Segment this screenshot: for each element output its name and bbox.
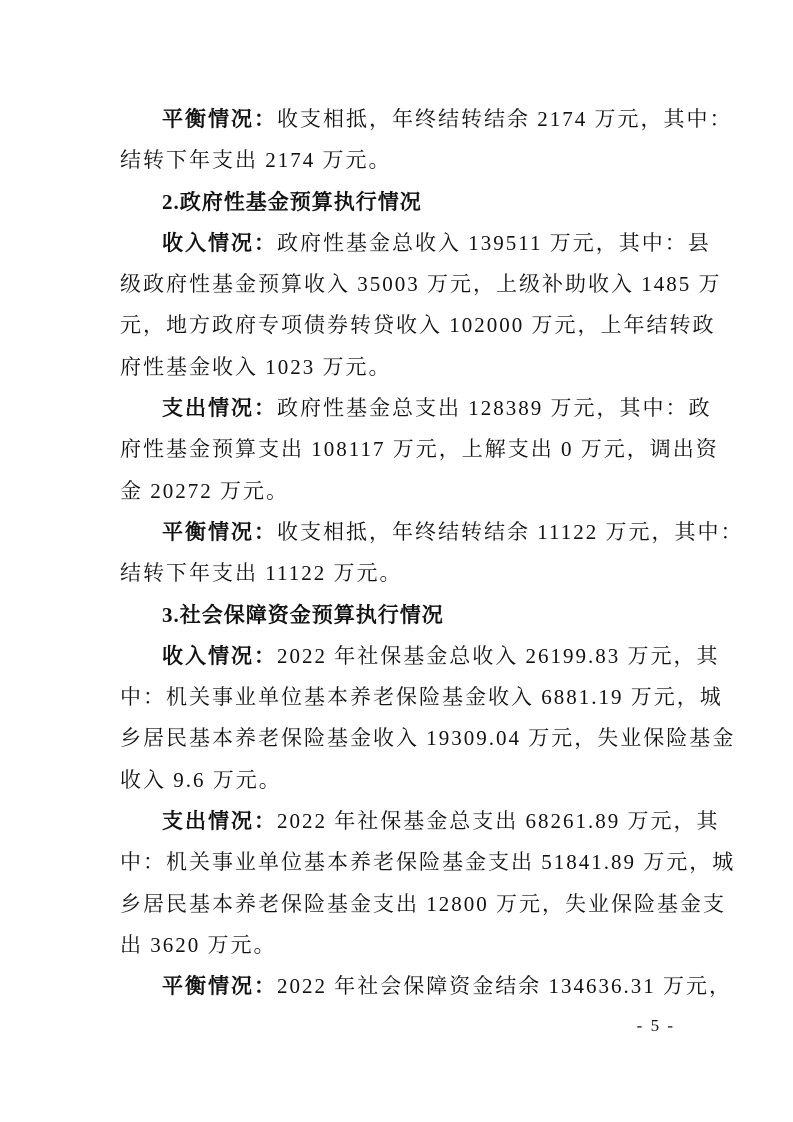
- line-text: 2022 年社会保障资金结余 134636.31 万元，: [277, 974, 732, 998]
- section-heading: 3.社会保障资金预算执行情况: [120, 595, 680, 636]
- line-text: 府性基金预算支出 108117 万元，上解支出 0 万元，调出资: [120, 437, 719, 461]
- line-text: 中：机关事业单位基本养老保险基金收入 6881.19 万元，城: [120, 685, 723, 709]
- section-heading: 2.政府性基金预算执行情况: [120, 182, 680, 223]
- text-line: 出 3620 万元。: [120, 925, 680, 966]
- page-number: - 5 -: [637, 1016, 675, 1036]
- document-page: 平衡情况：收支相抵，年终结转结余 2174 万元，其中： 结转下年支出 2174…: [0, 0, 793, 1122]
- line-text: 级政府性基金预算收入 35003 万元，上级补助收入 1485 万: [120, 272, 722, 296]
- line-text: 乡居民基本养老保险基金收入 19309.04 万元，失业保险基金: [120, 726, 735, 750]
- text-line: 中：机关事业单位基本养老保险基金支出 51841.89 万元，城: [120, 842, 680, 883]
- text-line: 府性基金预算支出 108117 万元，上解支出 0 万元，调出资: [120, 429, 680, 470]
- line-text: 金 20272 万元。: [120, 479, 289, 503]
- text-line: 支出情况：2022 年社保基金总支出 68261.89 万元，其: [120, 801, 680, 842]
- text-line: 金 20272 万元。: [120, 471, 680, 512]
- lead-label: 收入情况：: [162, 231, 277, 255]
- line-text: 乡居民基本养老保险基金支出 12800 万元，失业保险基金支: [120, 892, 726, 916]
- line-text: 府性基金收入 1023 万元。: [120, 355, 392, 379]
- line-text: 收支相抵，年终结转结余 11122 万元，其中：: [277, 520, 743, 544]
- lead-label: 平衡情况：: [162, 520, 277, 544]
- line-text: 收入 9.6 万元。: [120, 768, 282, 792]
- line-text: 出 3620 万元。: [120, 933, 277, 957]
- text-line: 平衡情况：2022 年社会保障资金结余 134636.31 万元，: [120, 966, 680, 1007]
- line-text: 结转下年支出 11122 万元。: [120, 561, 402, 585]
- text-line: 平衡情况：收支相抵，年终结转结余 11122 万元，其中：: [120, 512, 680, 553]
- text-line: 中：机关事业单位基本养老保险基金收入 6881.19 万元，城: [120, 677, 680, 718]
- text-line: 收入情况：2022 年社保基金总收入 26199.83 万元，其: [120, 636, 680, 677]
- line-text: 政府性基金总收入 139511 万元，其中：县: [277, 231, 711, 255]
- line-text: 收支相抵，年终结转结余 2174 万元，其中：: [277, 107, 733, 131]
- text-line: 乡居民基本养老保险基金收入 19309.04 万元，失业保险基金: [120, 718, 680, 759]
- line-text: 政府性基金总支出 128389 万元，其中：政: [277, 396, 712, 420]
- lead-label: 支出情况：: [162, 809, 277, 833]
- lead-label: 支出情况：: [162, 396, 277, 420]
- line-text: 2022 年社保基金总收入 26199.83 万元，其: [277, 644, 720, 668]
- line-text: 结转下年支出 2174 万元。: [120, 148, 392, 172]
- text-line: 元，地方政府专项债券转贷收入 102000 万元，上年结转政: [120, 305, 680, 346]
- line-text: 中：机关事业单位基本养老保险基金支出 51841.89 万元，城: [120, 850, 735, 874]
- text-line: 平衡情况：收支相抵，年终结转结余 2174 万元，其中：: [120, 99, 680, 140]
- text-line: 级政府性基金预算收入 35003 万元，上级补助收入 1485 万: [120, 264, 680, 305]
- lead-label: 平衡情况：: [162, 107, 277, 131]
- lead-label: 平衡情况：: [162, 974, 277, 998]
- text-line: 收入情况：政府性基金总收入 139511 万元，其中：县: [120, 223, 680, 264]
- text-line: 府性基金收入 1023 万元。: [120, 347, 680, 388]
- document-content: 平衡情况：收支相抵，年终结转结余 2174 万元，其中： 结转下年支出 2174…: [120, 99, 680, 1008]
- lead-label: 收入情况：: [162, 644, 277, 668]
- text-line: 收入 9.6 万元。: [120, 760, 680, 801]
- text-line: 支出情况：政府性基金总支出 128389 万元，其中：政: [120, 388, 680, 429]
- text-line: 乡居民基本养老保险基金支出 12800 万元，失业保险基金支: [120, 884, 680, 925]
- text-line: 结转下年支出 2174 万元。: [120, 140, 680, 181]
- line-text: 2022 年社保基金总支出 68261.89 万元，其: [277, 809, 720, 833]
- line-text: 元，地方政府专项债券转贷收入 102000 万元，上年结转政: [120, 313, 716, 337]
- text-line: 结转下年支出 11122 万元。: [120, 553, 680, 594]
